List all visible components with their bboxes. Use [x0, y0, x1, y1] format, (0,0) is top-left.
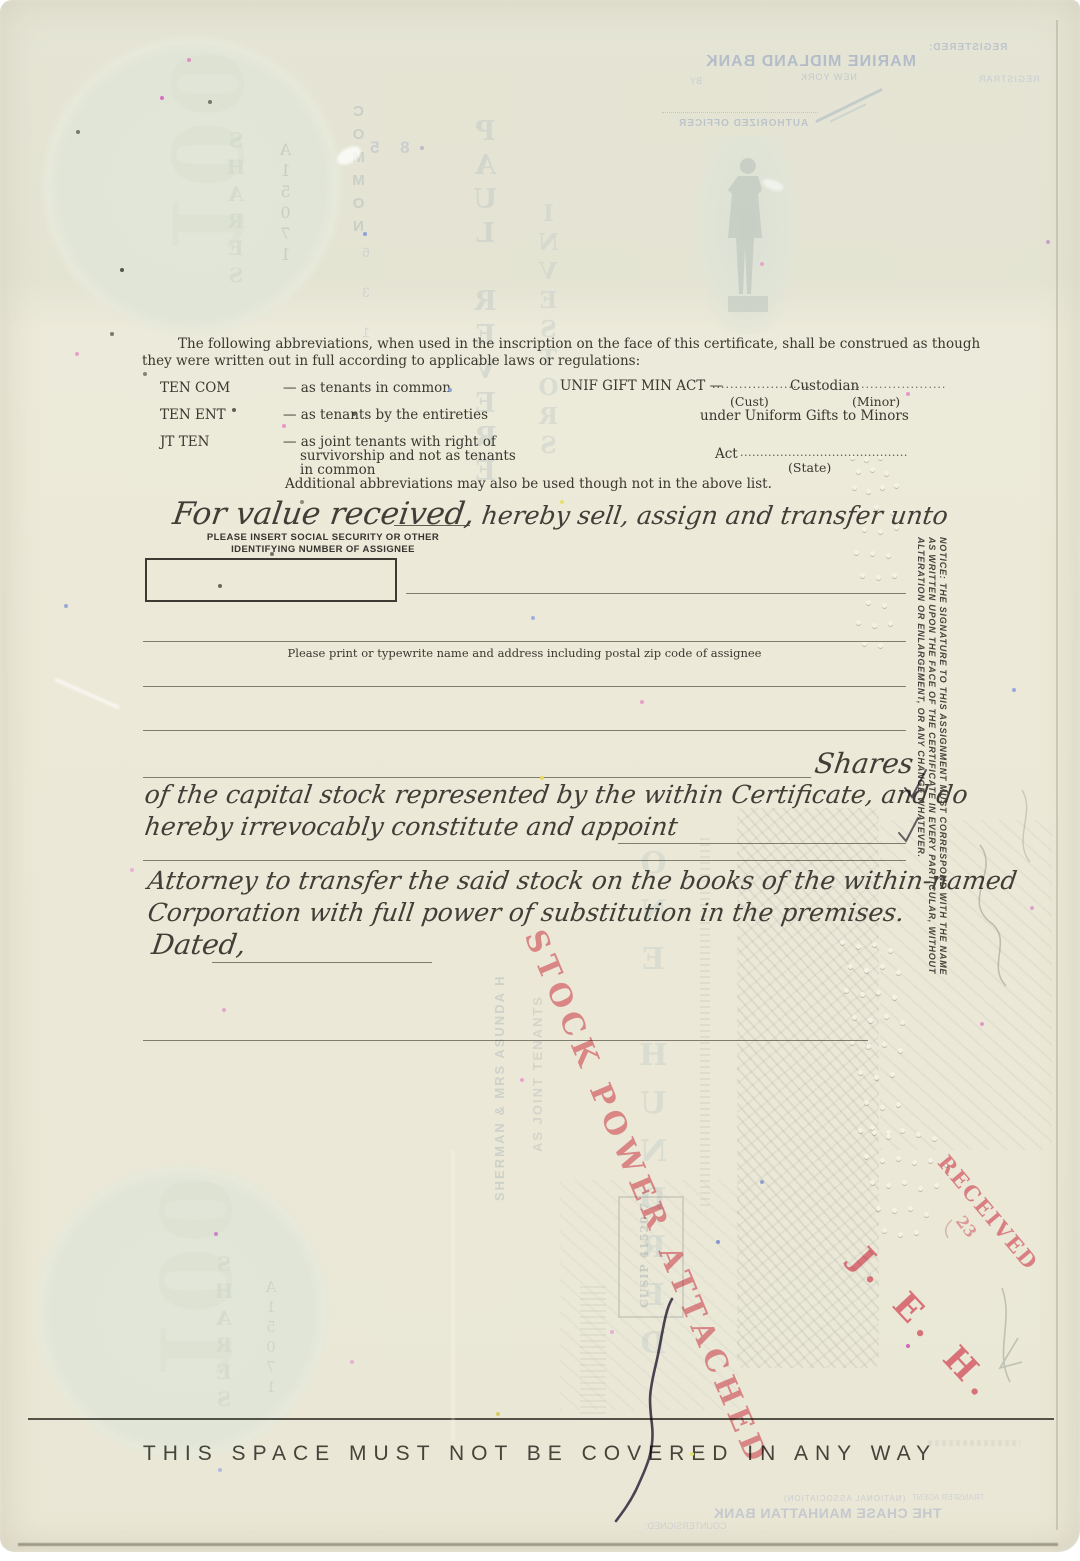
- bottom-edge-shadow: [18, 1543, 1058, 1546]
- right-edge-crease: [1056, 20, 1058, 1530]
- dirt-specks: [0, 0, 4, 4]
- certificate-paper: 100 SHARES A15071 100 SHARES A15071 COMM…: [0, 0, 1080, 1552]
- pen-marks-overlay: [0, 0, 1080, 1552]
- pencil-scribble-2: [1022, 790, 1030, 862]
- pen-check-2: [899, 818, 918, 841]
- pencil-scribble-1: [979, 845, 1006, 986]
- pencil-scribble-3: [1000, 1288, 1022, 1382]
- pen-stroke: [616, 1299, 672, 1521]
- pen-check-1: [905, 770, 926, 797]
- pencil-scribble-4: [946, 1220, 952, 1238]
- crease-vertical: [452, 1150, 454, 1440]
- scanned-certificate-back: 100 SHARES A15071 100 SHARES A15071 COMM…: [0, 0, 1080, 1561]
